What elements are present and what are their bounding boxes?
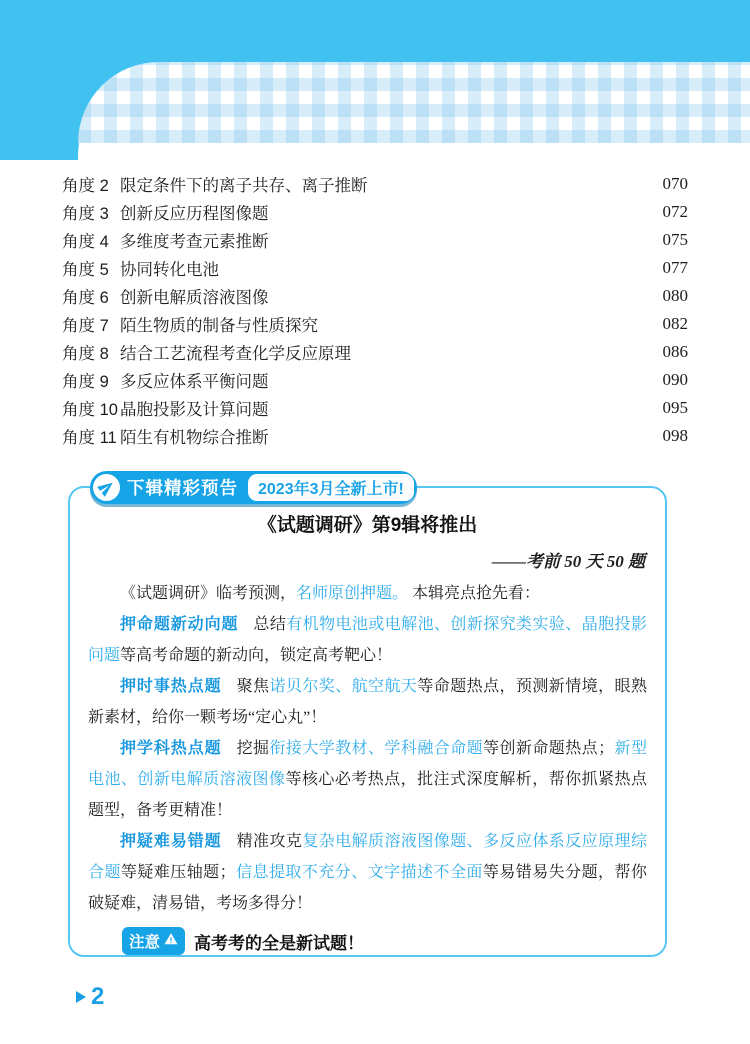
- preview-title: 《试题调研》第9辑将推出: [70, 510, 665, 537]
- notice-text: 高考考的全是新试题！: [194, 929, 364, 954]
- preview-subtitle: ——考前 50 天 50 题: [70, 547, 645, 572]
- toc-page-number: 090: [663, 370, 689, 390]
- text-segment: 总结: [253, 616, 286, 633]
- toc-row: 角度 10晶胞投影及计算问题095: [62, 394, 688, 422]
- toc-entry-title: 陌生物质的制备与性质探究: [120, 312, 663, 336]
- toc-entry-title: 晶胞投影及计算问题: [120, 396, 663, 420]
- text-segment: 信息提取不充分、文字描述不全面: [236, 864, 483, 881]
- notice-row: 注意 高考考的全是新试题！: [122, 927, 665, 955]
- toc-row: 角度 4多维度考查元素推断075: [62, 226, 688, 254]
- toc-row: 角度 11陌生有机物综合推断098: [62, 422, 688, 450]
- text-segment: 衔接大学教材、学科融合命题: [269, 740, 483, 757]
- preview-paragraph: 《试题调研》临考预测，名师原创押题。 本辑亮点抢先看：: [88, 578, 647, 609]
- text-segment: 挖掘: [237, 740, 270, 757]
- toc-page-number: 086: [663, 342, 689, 362]
- toc-entry-title: 多反应体系平衡问题: [120, 368, 663, 392]
- toc-list: 角度 2限定条件下的离子共存、离子推断070角度 3创新反应历程图像题072角度…: [62, 170, 688, 450]
- preview-paragraph: 押时事热点题聚焦诺贝尔奖、航空航天等命题热点，预测新情境，眼熟新素材，给你一颗考…: [88, 671, 647, 733]
- toc-row: 角度 7陌生物质的制备与性质探究082: [62, 310, 688, 338]
- preview-paragraph: 押疑难易错题精准攻克复杂电解质溶液图像题、多反应体系反应原理综合题等疑难压轴题；…: [88, 826, 647, 919]
- text-segment: 《试题调研》临考预测，: [120, 585, 296, 602]
- toc-angle-label: 角度 9: [62, 368, 120, 392]
- preview-tag-label: 下辑精彩预告: [127, 475, 238, 500]
- toc-page-number: 098: [663, 426, 689, 446]
- text-segment: 本辑亮点抢先看：: [408, 585, 540, 602]
- arrow-right-icon: [76, 991, 86, 1003]
- text-segment: 聚焦: [237, 678, 270, 695]
- toc-entry-title: 协同转化电池: [120, 256, 663, 280]
- toc-entry-title: 创新电解质溶液图像: [120, 284, 663, 308]
- text-segment: 等创新命题热点；: [483, 740, 614, 757]
- text-segment: 精准攻克: [237, 833, 303, 850]
- toc-entry-title: 限定条件下的离子共存、离子推断: [120, 172, 663, 196]
- toc-angle-label: 角度 8: [62, 340, 120, 364]
- preview-box: 下辑精彩预告 2023年3月全新上市! 《试题调研》第9辑将推出 ——考前 50…: [68, 486, 667, 957]
- toc-angle-label: 角度 11: [62, 424, 120, 448]
- text-segment: 等高考命题的新动向，锁定高考靶心！: [120, 647, 392, 664]
- push-topic-heading: 押学科热点题: [120, 740, 222, 757]
- push-topic-heading: 押时事热点题: [120, 678, 222, 695]
- notice-badge-label: 注意: [129, 930, 160, 952]
- book-page: 角度 2限定条件下的离子共存、离子推断070角度 3创新反应历程图像题072角度…: [0, 0, 750, 1044]
- preview-paragraph: 押命题新动向题总结有机物电池或电解池、创新探究类实验、晶胞投影问题等高考命题的新…: [88, 609, 647, 671]
- toc-row: 角度 3创新反应历程图像题072: [62, 198, 688, 226]
- toc-page-number: 080: [663, 286, 689, 306]
- toc-entry-title: 多维度考查元素推断: [120, 228, 663, 252]
- toc-angle-label: 角度 3: [62, 200, 120, 224]
- text-segment: 诺贝尔奖、航空航天: [269, 678, 417, 695]
- toc-row: 角度 2限定条件下的离子共存、离子推断070: [62, 170, 688, 198]
- toc-entry-title: 陌生有机物综合推断: [120, 424, 663, 448]
- toc-row: 角度 6创新电解质溶液图像080: [62, 282, 688, 310]
- gingham-pattern: [78, 62, 750, 143]
- page-number: 2: [91, 983, 104, 1011]
- toc-page-number: 077: [663, 258, 689, 278]
- toc-page-number: 082: [663, 314, 689, 334]
- toc-angle-label: 角度 5: [62, 256, 120, 280]
- page-footer: 2: [76, 983, 104, 1011]
- toc-page-number: 075: [663, 230, 689, 250]
- toc-angle-label: 角度 2: [62, 172, 120, 196]
- push-topic-heading: 押疑难易错题: [120, 833, 222, 850]
- paper-plane-icon: [93, 474, 120, 501]
- text-segment: 等疑难压轴题；: [121, 864, 236, 881]
- toc-angle-label: 角度 10: [62, 396, 120, 420]
- toc-row: 角度 8结合工艺流程考查化学反应原理086: [62, 338, 688, 366]
- warning-icon: [164, 932, 178, 951]
- toc-row: 角度 9多反应体系平衡问题090: [62, 366, 688, 394]
- preview-paragraph: 押学科热点题挖掘衔接大学教材、学科融合命题等创新命题热点；新型电池、创新电解质溶…: [88, 733, 647, 826]
- toc-row: 角度 5协同转化电池077: [62, 254, 688, 282]
- text-segment: 名师原创押题。: [296, 585, 408, 602]
- toc-page-number: 095: [663, 398, 689, 418]
- toc-entry-title: 结合工艺流程考查化学反应原理: [120, 340, 663, 364]
- notice-badge: 注意: [122, 927, 185, 955]
- toc-angle-label: 角度 4: [62, 228, 120, 252]
- toc-page-number: 072: [663, 202, 689, 222]
- toc-angle-label: 角度 6: [62, 284, 120, 308]
- preview-tag: 下辑精彩预告 2023年3月全新上市!: [90, 471, 417, 504]
- toc-entry-title: 创新反应历程图像题: [120, 200, 663, 224]
- release-note: 2023年3月全新上市!: [248, 474, 414, 501]
- toc-angle-label: 角度 7: [62, 312, 120, 336]
- push-topic-heading: 押命题新动向题: [120, 616, 238, 633]
- preview-paragraphs: 《试题调研》临考预测，名师原创押题。 本辑亮点抢先看：押命题新动向题总结有机物电…: [70, 578, 665, 919]
- toc-page-number: 070: [663, 174, 689, 194]
